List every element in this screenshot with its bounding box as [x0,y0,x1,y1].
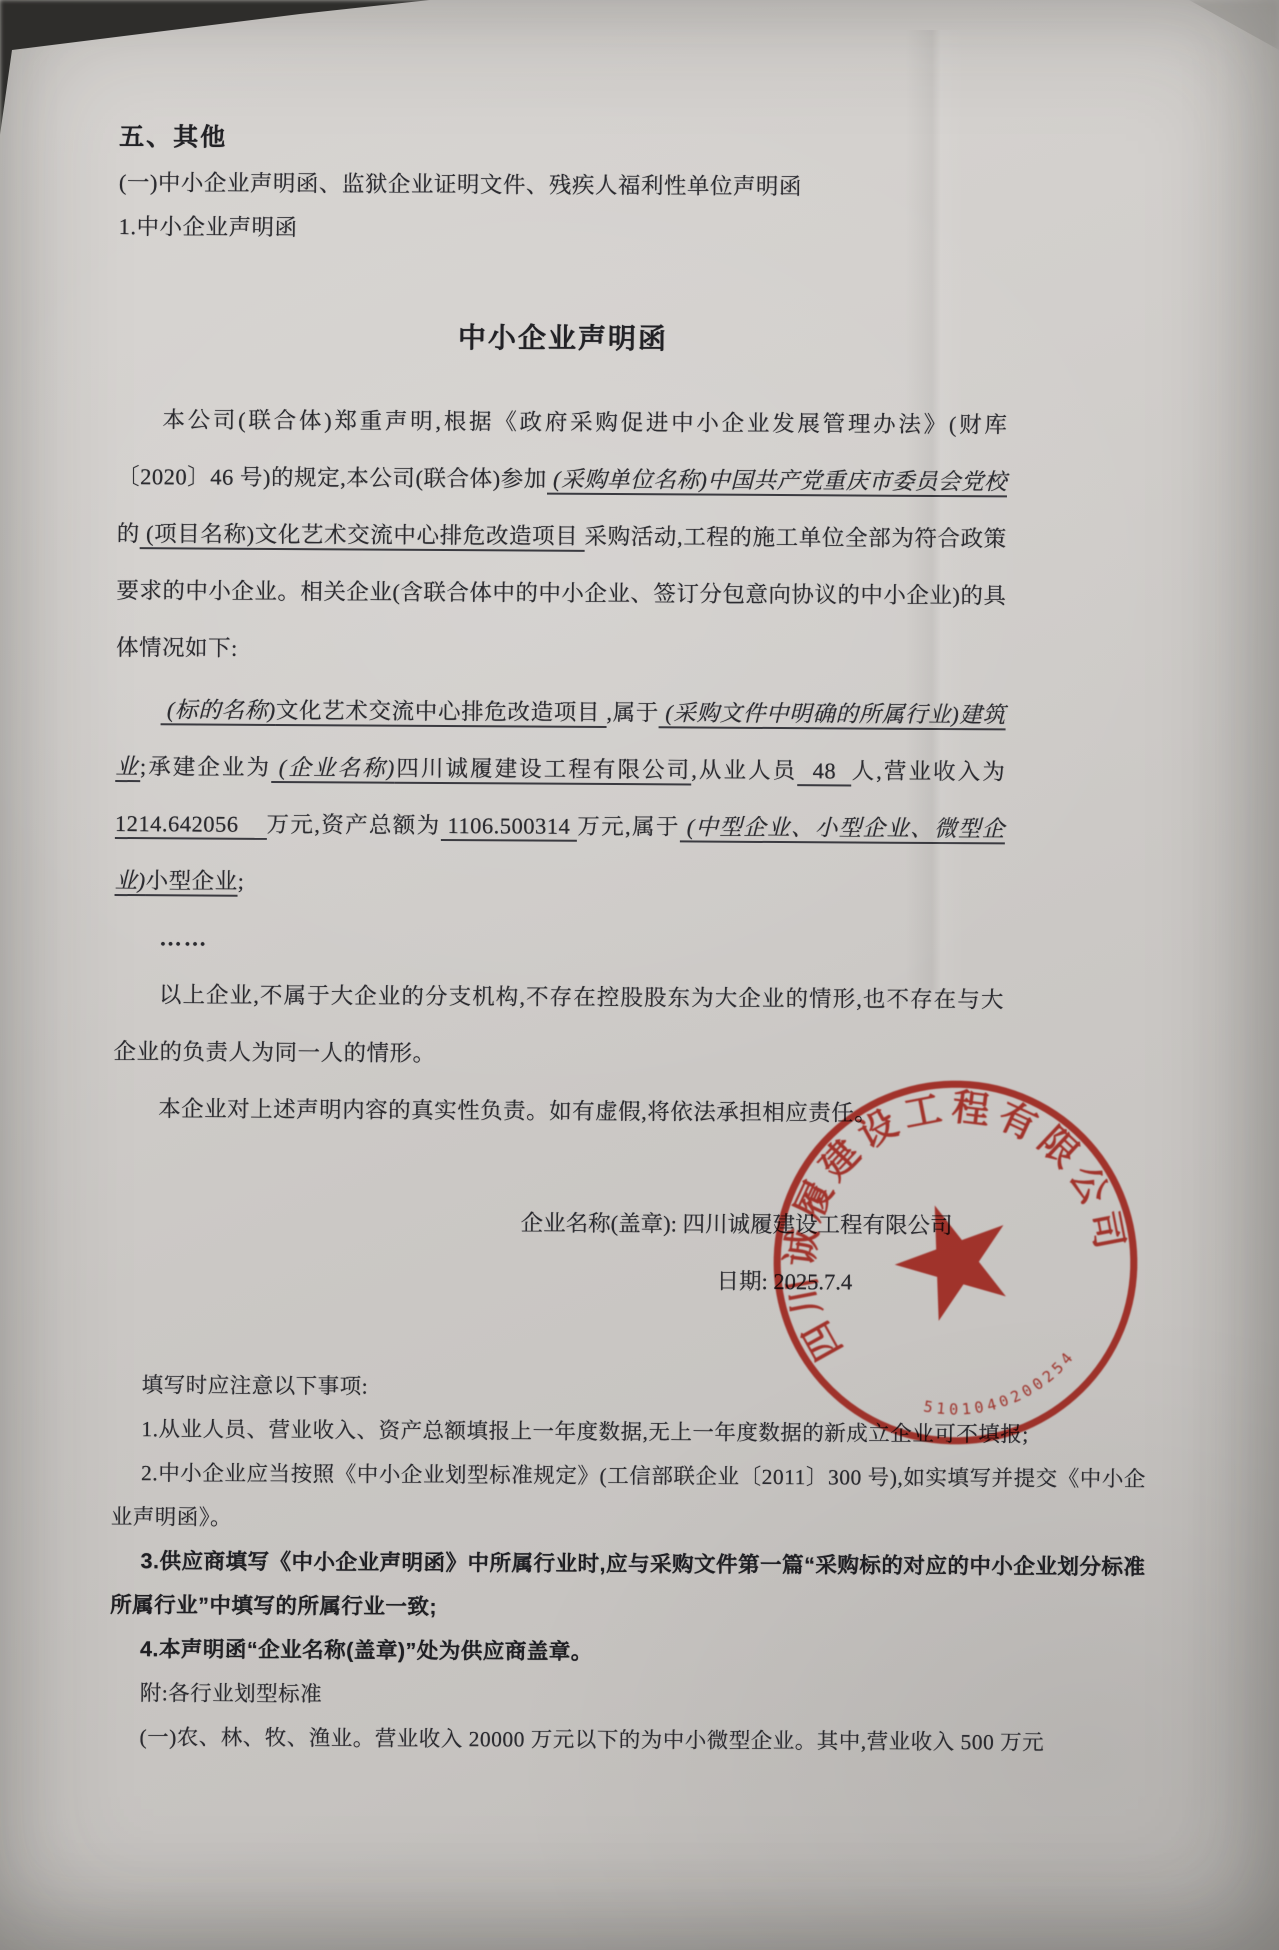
scanned-document-photo: 五、其他 (一)中小企业声明函、监狱企业证明文件、残疾人福利性单位声明函 1.中… [0,0,1279,1950]
p2-assets-fill: 1106.500314 [440,813,577,842]
p1-mid: 的 [117,521,140,546]
seal-serial-number: 5101040200254 [917,1343,1087,1437]
svg-text:5101040200254: 5101040200254 [917,1343,1087,1437]
p1-purchaser-fill: (采购单位名称)中国共产党重庆市委员会党校 [547,467,1007,498]
p2-subject-fill: 文化艺术交流中心排危改造项目 [276,698,607,728]
declaration-paragraph-2: (标的名称)文化艺术交流中心排危改造项目 ,属于 (采购文件中明确的所属行业)建… [114,681,1005,914]
note-3: 3.供应商填写《中小企业声明函》中所属行业时,应与采购文件第一篇“采购标的对应的… [110,1539,1146,1633]
p2-size-fill: 小型企业 [146,868,238,897]
item-heading: 1.中小企业声明函 [119,212,1009,247]
p2-subject-label: (标的名称) [161,697,276,726]
note-4: 4.本声明函“企业名称(盖章)”处为供应商盖章。 [110,1627,1145,1677]
section-heading: 五、其他 [119,120,1009,159]
p2-revenue-fill: 1214.642056 [115,811,267,840]
seal-star-icon [880,1186,1026,1329]
declaration-paragraph-1: 本公司(联合体)郑重声明,根据《政府采购促进中小企业发展管理办法》(财库〔202… [116,391,1008,681]
photo-corner-shadow [1189,0,1279,50]
compliance-paragraph: 以上企业,不属于大企业的分支机构,不存在控股股东为大企业的情形,也不存在与大企业… [113,966,1004,1085]
p2-company-label: (企业名称) [271,755,395,784]
subsection-heading: (一)中小企业声明函、监狱企业证明文件、残疾人福利性单位声明函 [119,168,1009,203]
p1-project-fill: (项目名称)文化艺术交流中心排危改造项目 [140,521,585,552]
document-page: 五、其他 (一)中小企业声明函、监狱企业证明文件、残疾人福利性单位声明函 1.中… [109,0,1010,1764]
industry-standard-line: (一)农、林、牧、渔业。营业收入 20000 万元以下的为中小微型企业。其中,营… [109,1715,1144,1765]
ellipsis-line: …… [114,909,1004,971]
attachment-heading: 附:各行业划型标准 [110,1671,1145,1721]
p2-employees-fill: 48 [797,758,851,786]
document-title: 中小企业声明函 [118,317,1008,362]
note-2: 2.中小企业应当按照《中小企业划型标准规定》(工信部联企业〔2011〕300 号… [111,1451,1147,1545]
p2-company-fill: 四川诚履建设工程有限公司 [395,756,692,786]
